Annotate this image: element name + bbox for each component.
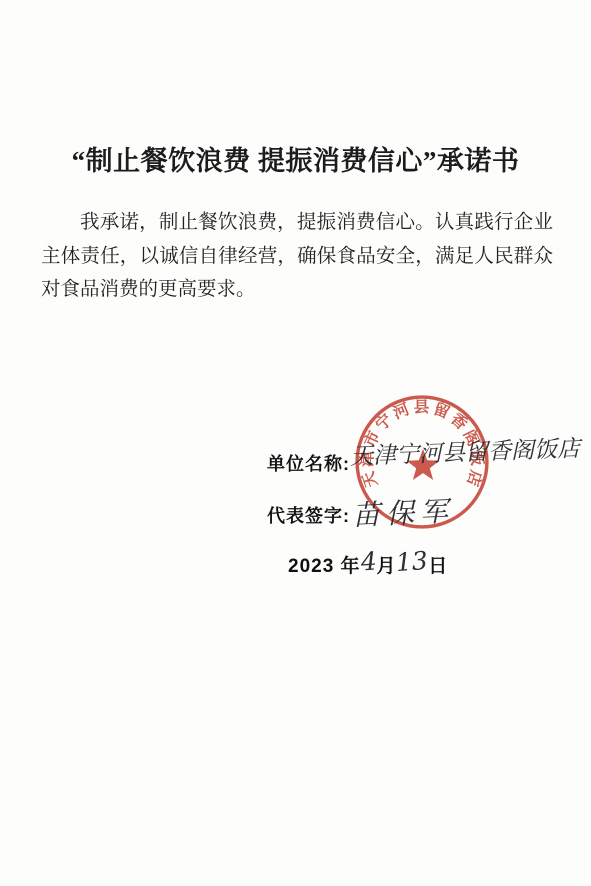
date-year-printed: 2023 年: [288, 556, 361, 577]
document-page: “制止餐饮浪费 提振消费信心”承诺书 我承诺，制止餐饮浪费，提振消费信心。认真践…: [0, 0, 591, 886]
date-month-handwritten: 4: [359, 546, 377, 576]
pledge-paragraph: 我承诺，制止餐饮浪费，提振消费信心。认真践行企业主体责任，以诚信自律经营，确保食…: [41, 206, 553, 307]
date-day-unit-printed: 日: [428, 556, 448, 577]
date-month-unit-printed: 月: [376, 556, 396, 577]
representative-signature-handwritten-value: 苗保军: [351, 490, 455, 534]
unit-name-handwritten-value: 天津宁河县留香阁饭店: [349, 430, 580, 471]
document-title: “制止餐饮浪费 提振消费信心”承诺书: [0, 139, 591, 178]
unit-name-label: 单位名称:: [267, 450, 350, 476]
representative-signature-label: 代表签字:: [267, 502, 350, 528]
date-line: 2023 年4月13日: [288, 549, 448, 578]
date-day-handwritten: 13: [395, 546, 429, 577]
